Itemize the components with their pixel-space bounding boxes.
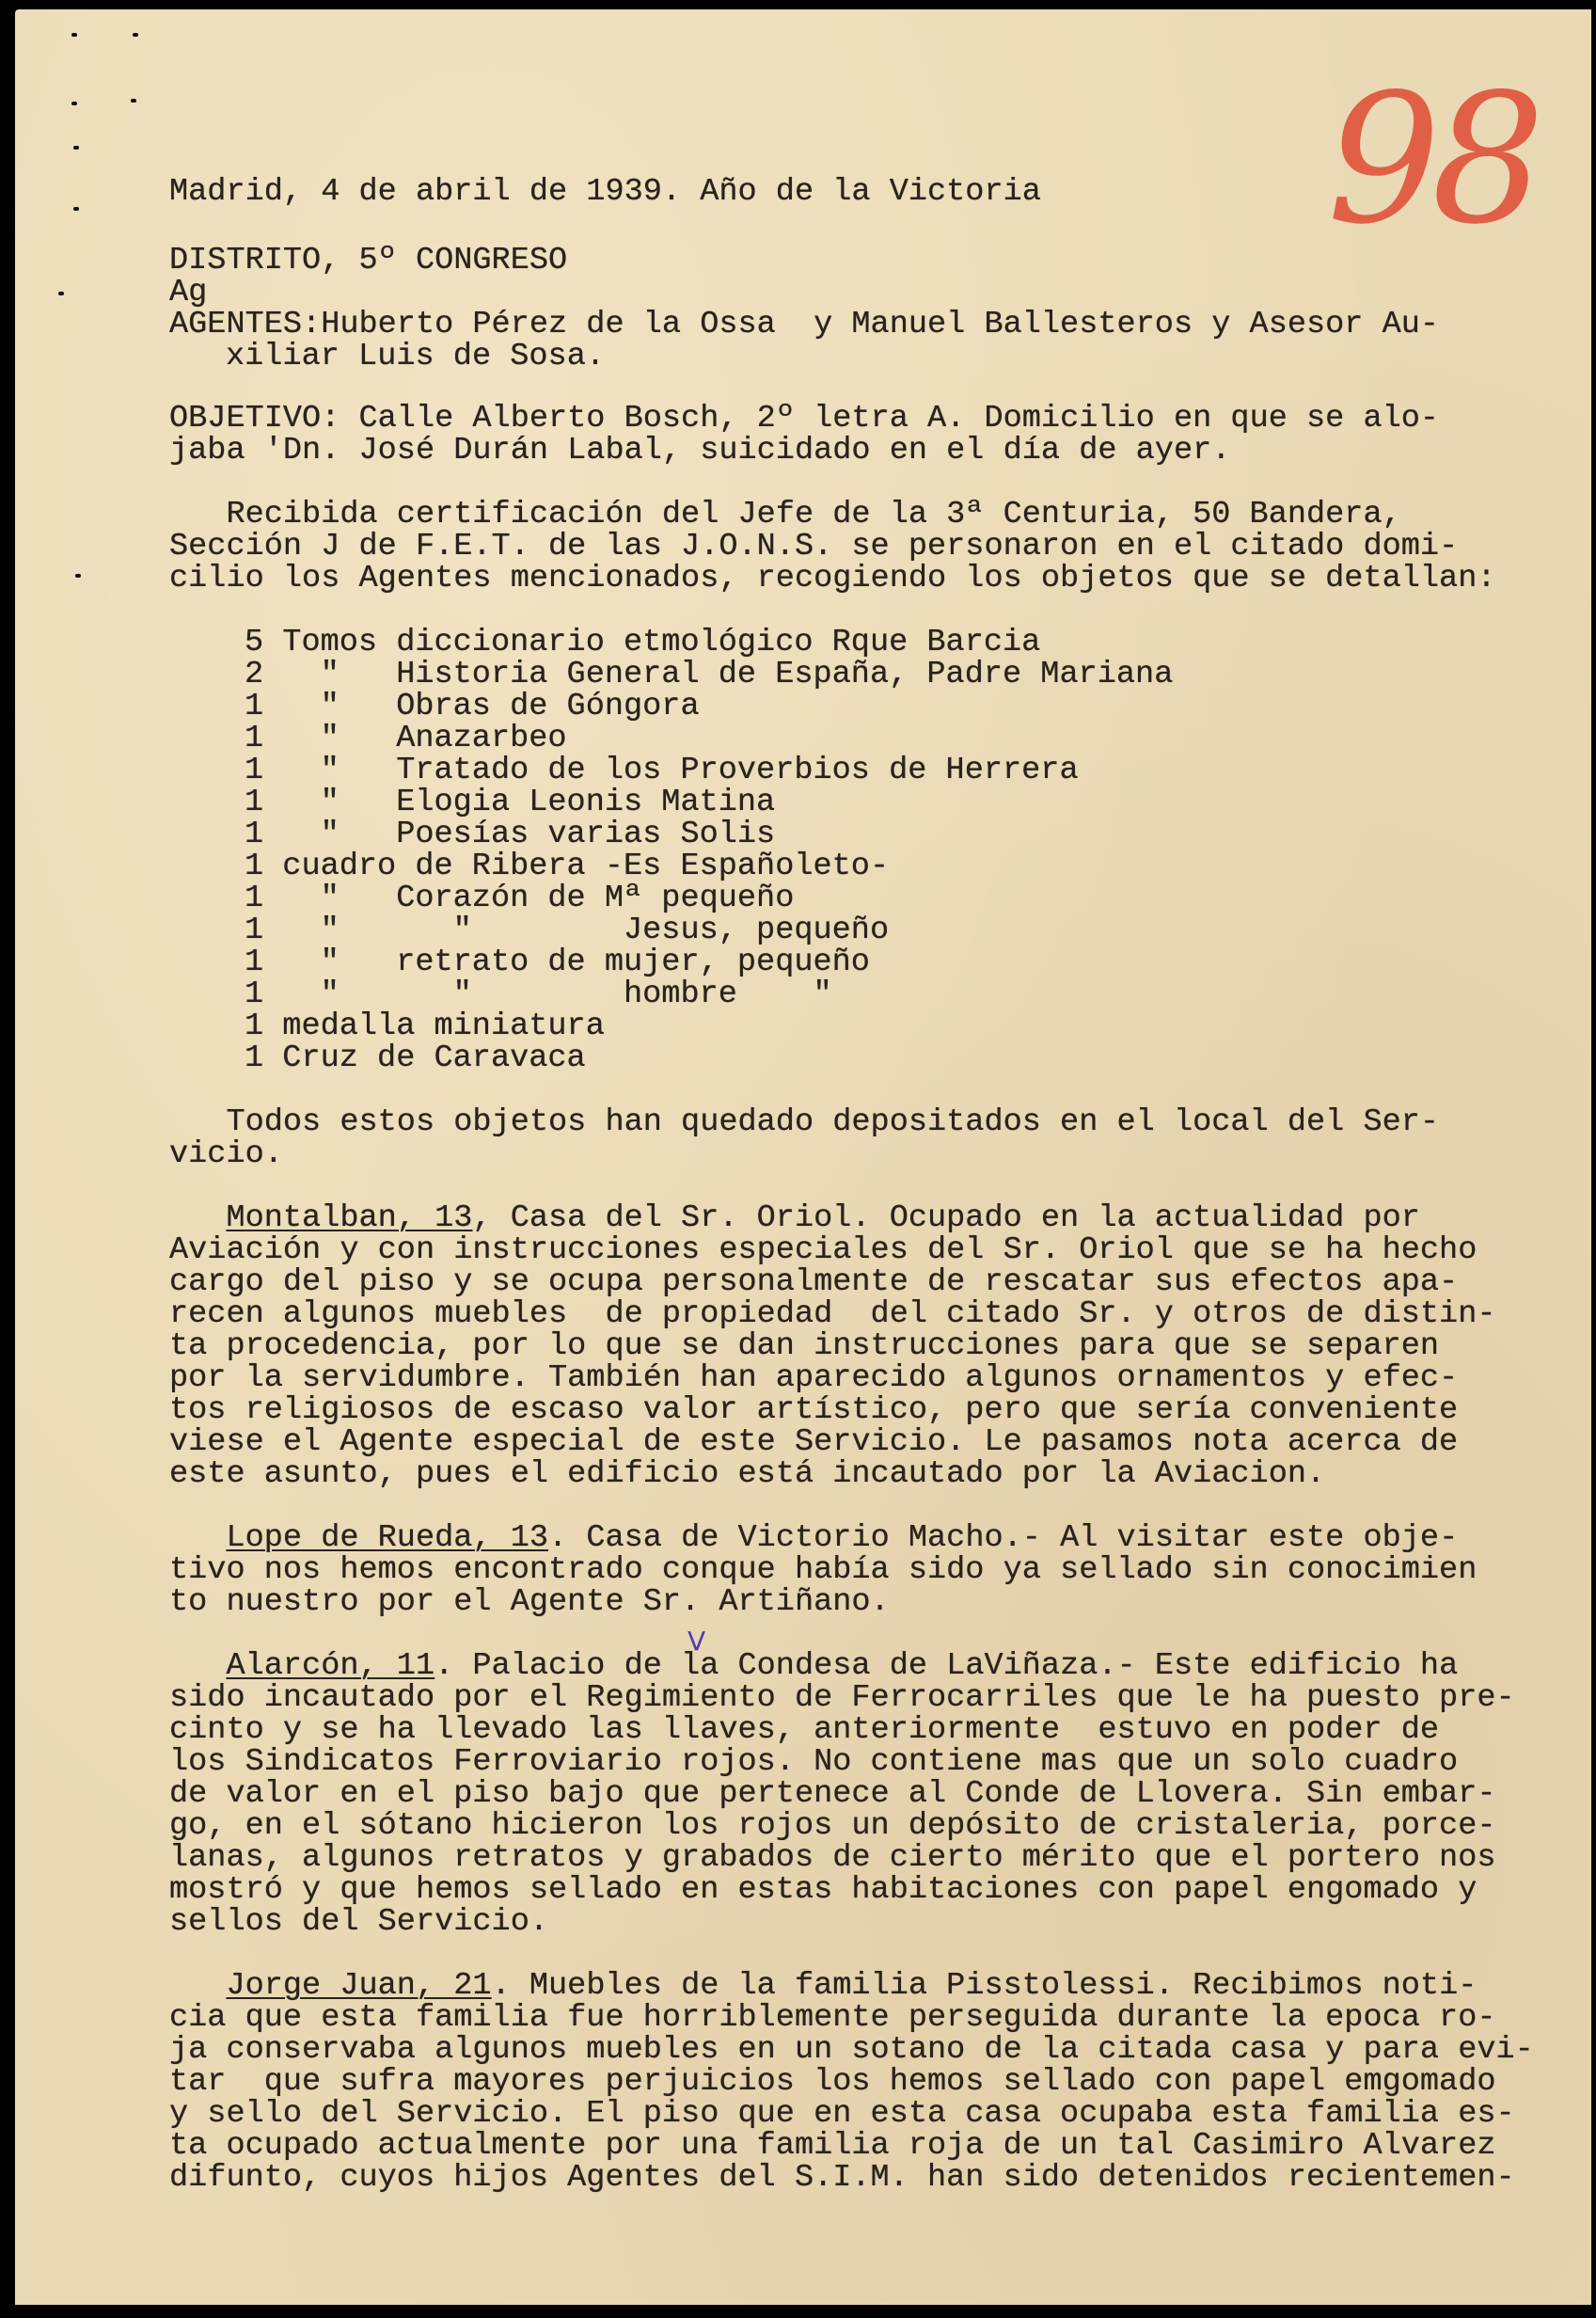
section-heading: Jorge Juan, 21: [226, 1968, 491, 2004]
list-item: 1 " Tratado de los Proverbios de Herrera: [245, 754, 1079, 786]
section-heading: Lope de Rueda, 13: [226, 1520, 548, 1556]
section-alarcon-line: lanas, algunos retratos y grabados de ci…: [169, 1842, 1496, 1874]
list-item: 1 " " hombre ": [245, 978, 832, 1010]
list-item: 2 " Historia General de España, Padre Ma…: [245, 659, 1173, 691]
list-item: 1 Cruz de Caravaca: [245, 1042, 586, 1074]
margin-mark: [131, 99, 136, 103]
section-lope-line: Lope de Rueda, 13. Casa de Victorio Mach…: [169, 1522, 1458, 1554]
margin-mark: [73, 207, 79, 211]
section-alarcon-line: de valor en el piso bajo que pertenece a…: [169, 1778, 1496, 1810]
date-line: Madrid, 4 de abril de 1939. Año de la Vi…: [169, 176, 1041, 208]
list-item: 1 cuadro de Ribera -Es Españoleto-: [245, 850, 889, 882]
ag-note: Ag: [169, 277, 207, 309]
deposit-line: Todos estos objetos han quedado deposita…: [169, 1106, 1439, 1138]
section-lope-line: tivo nos hemos encontrado conque había s…: [169, 1554, 1477, 1586]
margin-mark: [58, 292, 64, 295]
section-text: , Casa del Sr. Oriol. Ocupado en la actu…: [472, 1200, 1420, 1236]
section-jorge-juan-line: ja conservaba algunos muebles en un sota…: [169, 2034, 1534, 2066]
section-montalban-line: recen algunos muebles de propiedad del c…: [169, 1298, 1496, 1330]
section-jorge-juan-line: y sello del Servicio. El piso que en est…: [169, 2098, 1515, 2130]
document-page: 98 Madrid, 4 de abril de 1939. Año de la…: [15, 9, 1591, 2305]
margin-mark: [133, 33, 138, 37]
section-jorge-juan-line: tar que sufra mayores perjuicios los hem…: [169, 2066, 1496, 2098]
page-number: 98: [1327, 71, 1536, 249]
section-text: . Muebles de la familia Pisstolessi. Rec…: [492, 1968, 1477, 2004]
section-montalban-line: cargo del piso y se ocupa personalmente …: [169, 1266, 1458, 1298]
list-item: 1 " Corazón de Mª pequeño: [245, 882, 794, 914]
section-alarcon-line: cinto y se ha llevado las llaves, anteri…: [169, 1714, 1439, 1746]
margin-mark: [71, 33, 77, 37]
margin-mark: [73, 146, 79, 150]
list-item: 1 " retrato de mujer, pequeño: [245, 946, 870, 978]
section-montalban-line: por la servidumbre. También han aparecid…: [169, 1362, 1458, 1394]
list-item: 1 medalla miniatura: [245, 1010, 605, 1042]
section-montalban-line: viese el Agente especial de este Servici…: [169, 1426, 1458, 1458]
list-item: 1 " Elogia Leonis Matina: [245, 786, 775, 818]
agents-label: AGENTES:: [169, 307, 321, 342]
list-item: 1 " " Jesus, pequeño: [245, 914, 889, 946]
section-heading: Montalban, 13: [226, 1200, 472, 1236]
section-jorge-juan-line: ta ocupado actualmente por una familia r…: [169, 2130, 1496, 2162]
section-alarcon-line: sellos del Servicio.: [169, 1906, 548, 1938]
section-alarcon-line: los Sindicatos Ferroviario rojos. No con…: [169, 1746, 1458, 1778]
objective-line-2: jaba 'Dn. José Durán Labal, suicidado en…: [169, 435, 1230, 467]
list-item: 5 Tomos diccionario etmológico Rque Barc…: [245, 627, 1040, 659]
section-text: . Palacio de la Condesa de LaViñaza.- Es…: [435, 1648, 1458, 1684]
section-alarcon-line: mostró y que hemos sellado en estas habi…: [169, 1874, 1477, 1906]
section-alarcon-line: go, en el sótano hicieron los rojos un d…: [169, 1810, 1496, 1842]
district-line: DISTRITO, 5º CONGRESO: [169, 245, 567, 277]
section-text: . Casa de Victorio Macho.- Al visitar es…: [548, 1520, 1458, 1556]
section-montalban-line: Aviación y con instrucciones especiales …: [169, 1234, 1477, 1266]
margin-mark: [75, 574, 81, 578]
list-item: 1 " Poesías varias Solis: [245, 818, 775, 850]
agents-line-2: xiliar Luis de Sosa.: [226, 341, 605, 373]
section-montalban-line: Montalban, 13, Casa del Sr. Oriol. Ocupa…: [169, 1202, 1420, 1234]
objective-label: OBJETIVO:: [169, 401, 340, 437]
list-item: 1 " Anazarbeo: [245, 722, 567, 754]
section-jorge-juan-line: cia que esta familia fue horriblemente p…: [169, 2002, 1496, 2034]
section-jorge-juan-line: difunto, cuyos hijos Agentes del S.I.M. …: [169, 2162, 1515, 2194]
objective-line: OBJETIVO: Calle Alberto Bosch, 2º letra …: [169, 403, 1439, 435]
section-jorge-juan-line: Jorge Juan, 21. Muebles de la familia Pi…: [169, 1970, 1477, 2002]
section-montalban-line: este asunto, pues el edificio está incau…: [169, 1458, 1325, 1490]
section-montalban-line: ta procedencia, por lo que se dan instru…: [169, 1330, 1439, 1362]
intro-line: cilio los Agentes mencionados, recogiend…: [169, 563, 1496, 595]
section-montalban-line: tos religiosos de escaso valor artístico…: [169, 1394, 1458, 1426]
intro-line: Sección J de F.E.T. de las J.O.N.S. se p…: [169, 531, 1458, 563]
deposit-line: vicio.: [169, 1138, 283, 1170]
section-heading: Alarcón, 11: [226, 1648, 435, 1684]
agents-names: Huberto Pérez de la Ossa y Manuel Balles…: [321, 307, 1439, 342]
margin-mark: [71, 102, 77, 105]
intro-line: Recibida certificación del Jefe de la 3ª…: [169, 499, 1401, 531]
objective-text: Calle Alberto Bosch, 2º letra A. Domicil…: [340, 401, 1439, 437]
section-alarcon-line: Alarcón, 11. Palacio de la Condesa de La…: [169, 1650, 1458, 1682]
agents-line: AGENTES:Huberto Pérez de la Ossa y Manue…: [169, 309, 1439, 341]
section-lope-line: to nuestro por el Agente Sr. Artiñano.: [169, 1586, 890, 1618]
section-alarcon-line: sido incautado por el Regimiento de Ferr…: [169, 1682, 1515, 1714]
list-item: 1 " Obras de Góngora: [245, 691, 700, 722]
